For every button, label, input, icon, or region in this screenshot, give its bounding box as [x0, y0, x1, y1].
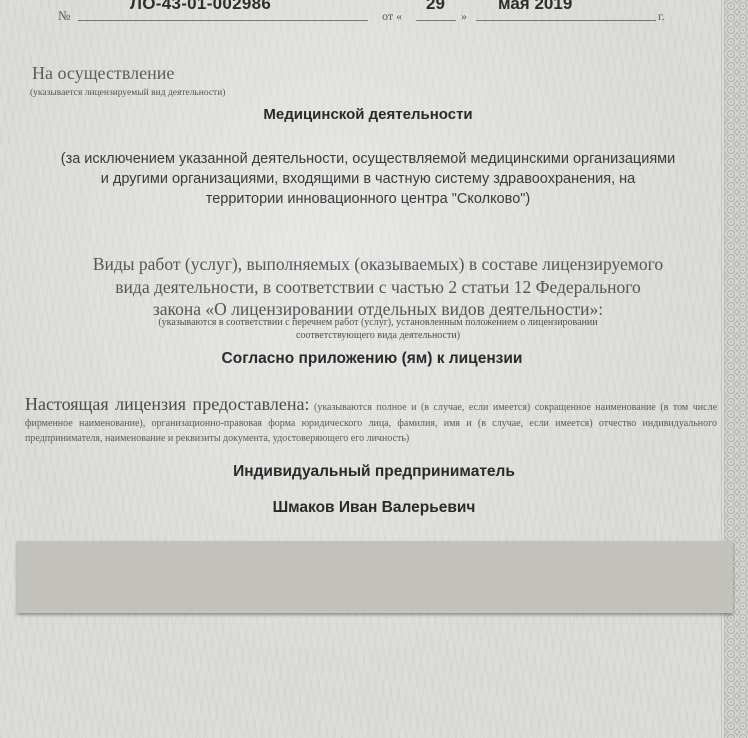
exception-line: (за исключением указанной деятельности, … [0, 149, 736, 169]
day-underline [416, 20, 456, 21]
works-title-line: Виды работ (услуг), выполняемых (оказыва… [0, 253, 748, 276]
holder-type: Индивидуальный предприниматель [0, 463, 748, 481]
date-prefix: от « [382, 9, 402, 24]
activity-intro: На осуществление [32, 63, 174, 84]
works-note: (указываются в соответствии с перечнем р… [0, 316, 748, 342]
works-value: Согласно приложению (ям) к лицензии [0, 350, 744, 368]
year-suffix: г. [658, 9, 665, 24]
activity-note: (указывается лицензируемый вид деятельно… [30, 88, 225, 98]
works-title-line: вида деятельности, в соответствии с част… [0, 276, 748, 299]
granted-block: Настоящая лицензия предоставлена: (указы… [25, 397, 717, 447]
granted-lead: Настоящая лицензия предоставлена: [25, 394, 309, 414]
activity-exception: (за исключением указанной деятельности, … [0, 149, 736, 209]
works-note-line: (указываются в соответствии с перечнем р… [0, 316, 748, 329]
number-underline [78, 20, 368, 21]
works-title: Виды работ (услуг), выполняемых (оказыва… [0, 253, 748, 321]
activity-name: Медицинской деятельности [0, 106, 736, 123]
exception-line: территории инновационного центра "Сколко… [0, 189, 736, 209]
license-number: ЛО-43-01-002986 [130, 0, 271, 14]
date-day: 29 [426, 0, 445, 14]
date-quote-close: » [461, 9, 467, 24]
number-label: № [58, 8, 70, 24]
exception-line: и другими организациями, входящими в час… [0, 169, 736, 189]
month-underline [476, 20, 656, 21]
license-number-row: № ЛО-43-01-002986 от « 29 » мая 2019 г. [0, 0, 720, 30]
redacted-area [17, 541, 733, 613]
works-note-line: соответствующего вида деятельности) [0, 329, 748, 342]
holder-name: Шмаков Иван Валерьевич [0, 499, 748, 517]
date-month-year: мая 2019 [498, 0, 572, 14]
